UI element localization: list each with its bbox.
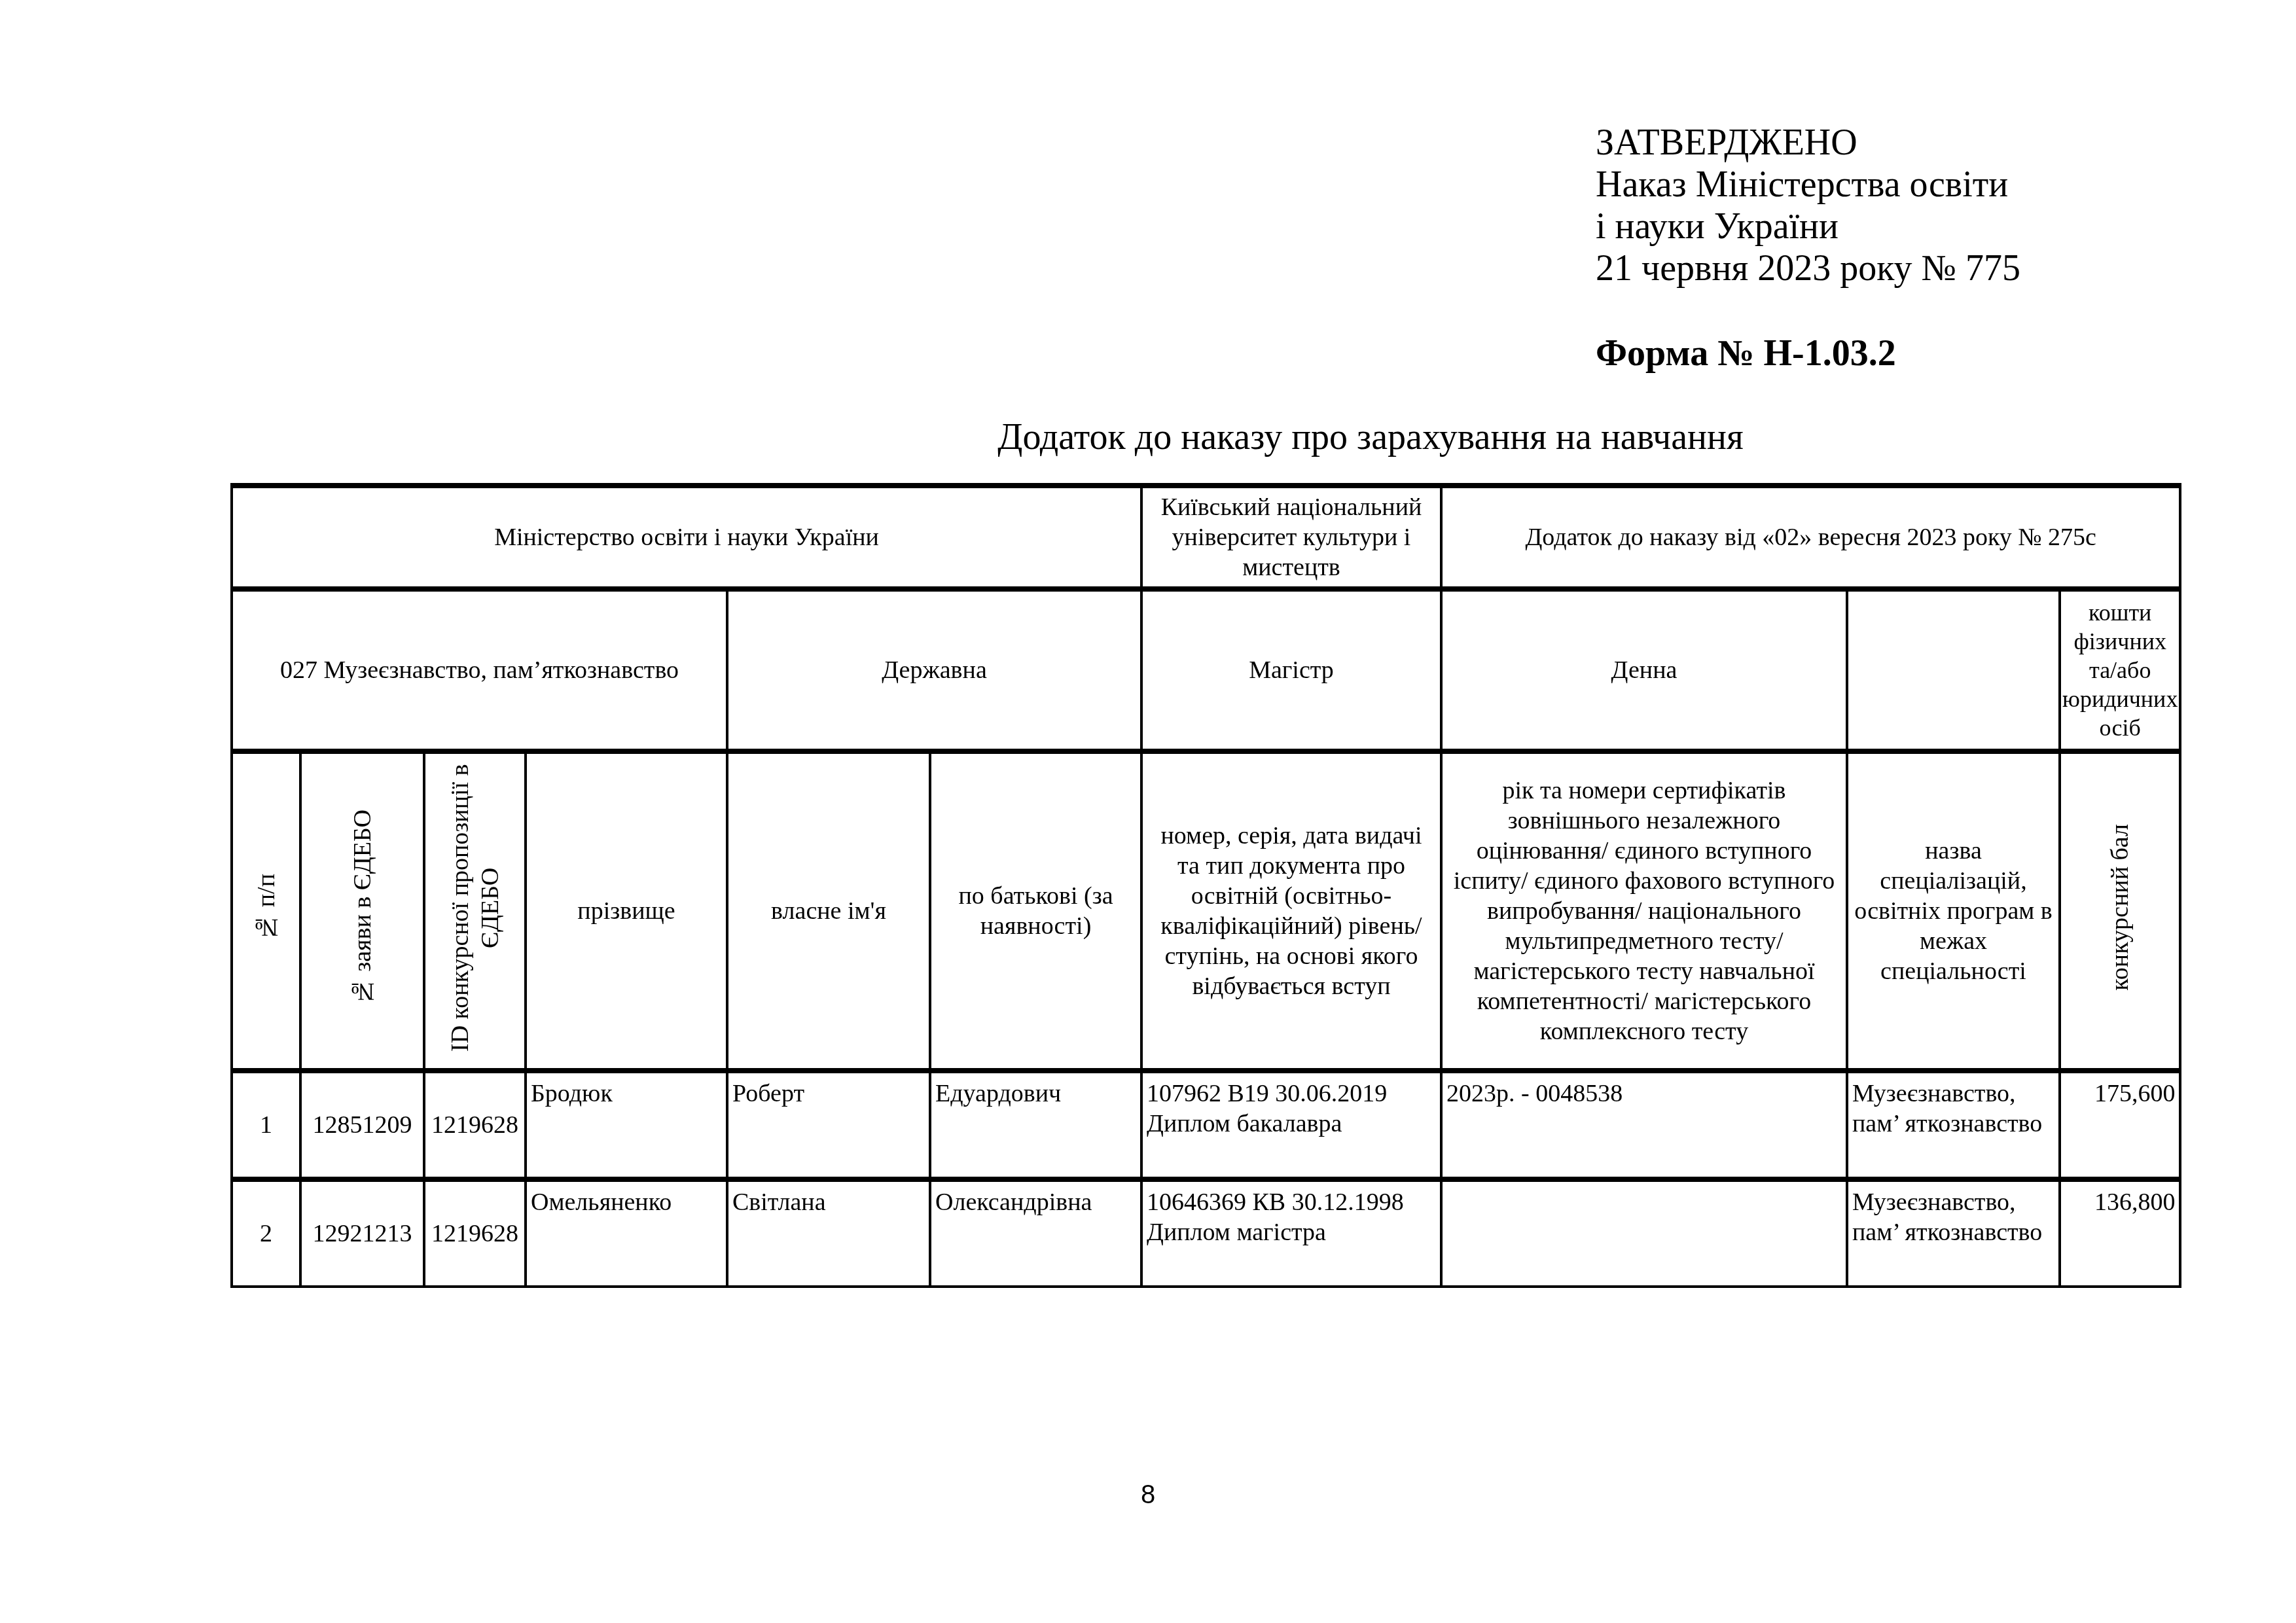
specialty-cell: 027 Музеєзнавство, пам’яткознавство <box>232 589 727 751</box>
column-header-surname: прізвище <box>526 751 727 1071</box>
enrollment-table: Міністерство освіти і науки України Київ… <box>230 483 2181 1288</box>
approval-block: ЗАТВЕРДЖЕНО Наказ Міністерства освіти і … <box>1596 122 2020 289</box>
column-header-num: № п/п <box>232 751 300 1071</box>
ministry-cell: Міністерство освіти і науки України <box>232 486 1141 589</box>
name: Роберт <box>727 1071 930 1179</box>
table-row: 2 12921213 1219628 Омельяненко Світлана … <box>232 1179 2180 1287</box>
order-cell: Додаток до наказу від «02» вересня 2023 … <box>1441 486 2180 589</box>
university-cell: Київський національний університет культ… <box>1141 486 1441 589</box>
document-title: Додаток до наказу про зарахування на нав… <box>0 416 2296 458</box>
column-header-patronymic: по батькові (за наявності) <box>930 751 1141 1071</box>
row-num: 1 <box>232 1071 300 1179</box>
column-header-certificates: рік та номери сертифікатів зовнішнього н… <box>1441 751 1847 1071</box>
page-number: 8 <box>0 1480 2296 1510</box>
name: Світлана <box>727 1179 930 1287</box>
certificates <box>1441 1179 1847 1287</box>
approval-line: 21 червня 2023 року № 775 <box>1596 247 2020 289</box>
column-header-name: власне ім'я <box>727 751 930 1071</box>
empty-cell <box>1847 589 2060 751</box>
program: Музеєзнавство, пам’ яткознавство <box>1847 1071 2060 1179</box>
column-header-document: номер, серія, дата видачі та тип докумен… <box>1141 751 1441 1071</box>
column-header-application-no: № заяви в ЄДЕБО <box>300 751 424 1071</box>
document: 107962 В19 30.06.2019 Диплом бакалавра <box>1141 1071 1441 1179</box>
ownership-cell: Державна <box>727 589 1141 751</box>
column-header-offer-id: ID конкурсної пропозиції в ЄДЕБО <box>424 751 526 1071</box>
approval-line: Наказ Міністерства освіти <box>1596 164 2020 205</box>
approval-line: ЗАТВЕРДЖЕНО <box>1596 122 2020 164</box>
score: 136,800 <box>2060 1179 2180 1287</box>
form-number: Форма № Н-1.03.2 <box>1596 332 1896 374</box>
offer-id: 1219628 <box>424 1071 526 1179</box>
table-row: 1 12851209 1219628 Бродюк Роберт Едуардо… <box>232 1071 2180 1179</box>
offer-id: 1219628 <box>424 1179 526 1287</box>
column-header-program: назва спеціалізацій, освітніх програм в … <box>1847 751 2060 1071</box>
document: 10646369 КВ 30.12.1998 Диплом магістра <box>1141 1179 1441 1287</box>
approval-line: і науки України <box>1596 205 2020 247</box>
row-num: 2 <box>232 1179 300 1287</box>
funding-cell: кошти фізичних та/або юридичних осіб <box>2060 589 2180 751</box>
patronymic: Олександрівна <box>930 1179 1141 1287</box>
application-no: 12851209 <box>300 1071 424 1179</box>
score: 175,600 <box>2060 1071 2180 1179</box>
surname: Омельяненко <box>526 1179 727 1287</box>
patronymic: Едуардович <box>930 1071 1141 1179</box>
column-header-score: конкурсний бал <box>2060 751 2180 1071</box>
certificates: 2023р. - 0048538 <box>1441 1071 1847 1179</box>
surname: Бродюк <box>526 1071 727 1179</box>
application-no: 12921213 <box>300 1179 424 1287</box>
degree-cell: Магістр <box>1141 589 1441 751</box>
program: Музеєзнавство, пам’ яткознавство <box>1847 1179 2060 1287</box>
study-form-cell: Денна <box>1441 589 1847 751</box>
